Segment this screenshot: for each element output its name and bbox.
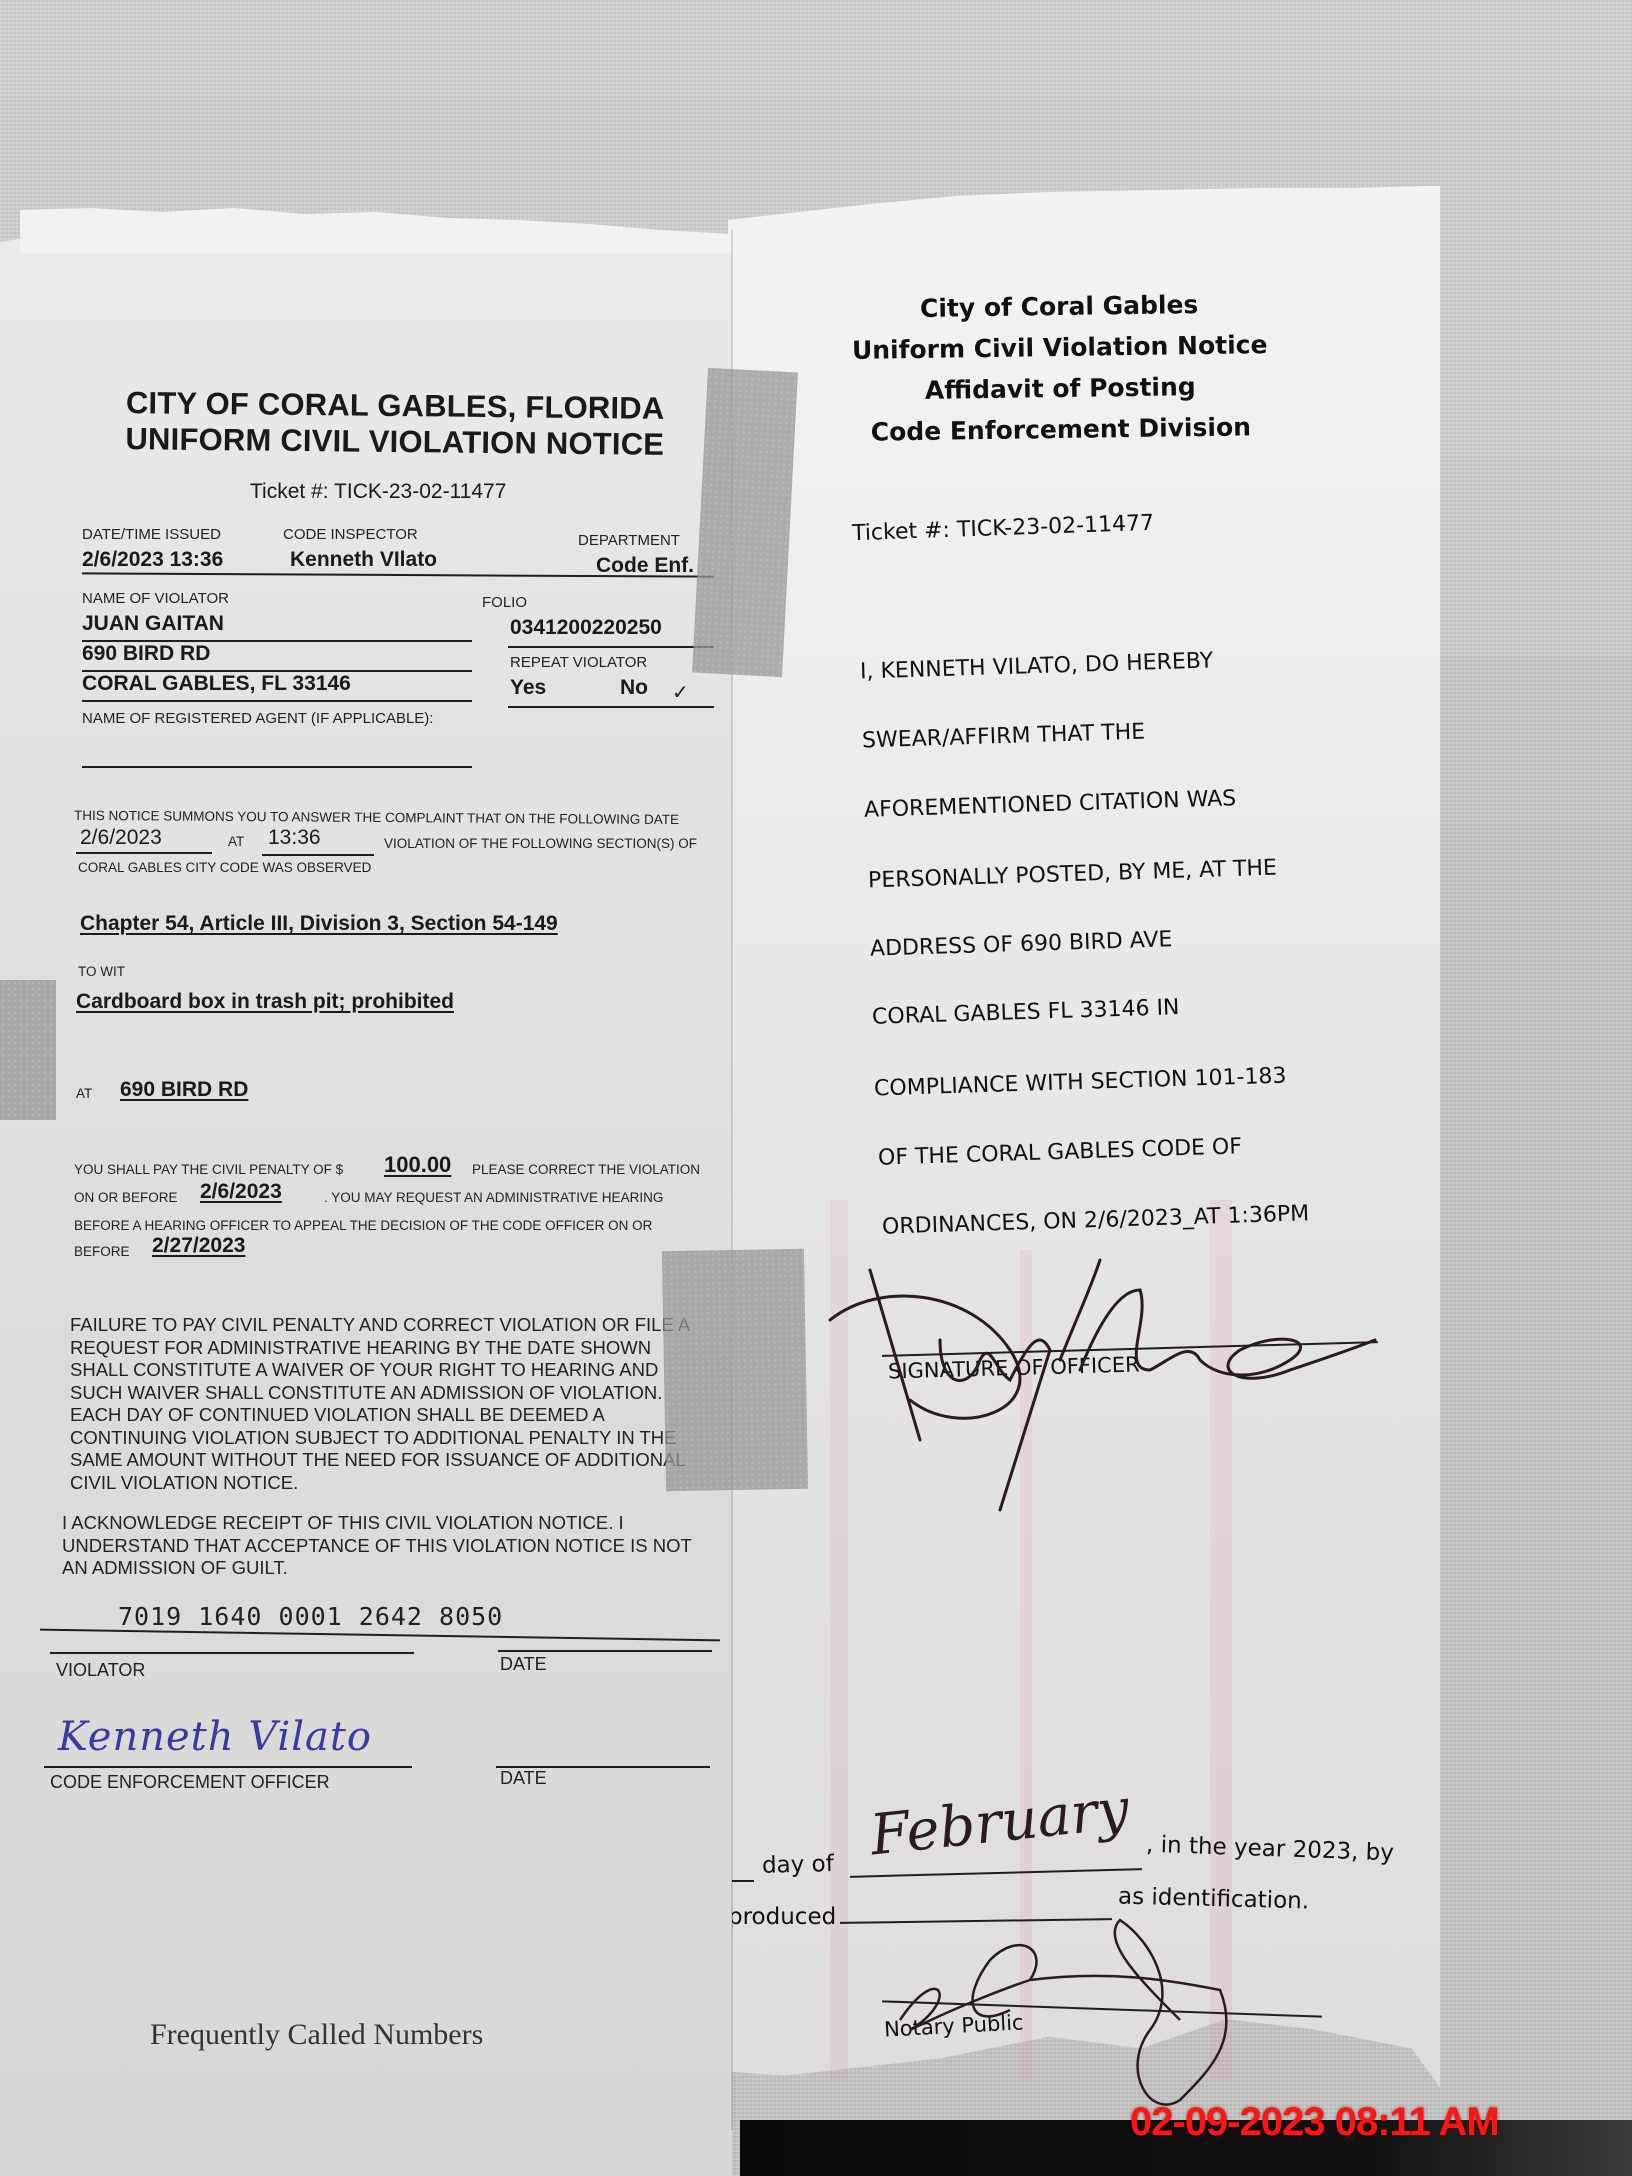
penalty-amount: 100.00: [384, 1152, 451, 1178]
certified-mail-number: 7019 1640 0001 2642 8050: [118, 1602, 503, 1631]
notary-signature-scrawl: [880, 1900, 1340, 2130]
folio-rule: [508, 646, 714, 648]
on-or-before-label: ON OR BEFORE: [74, 1190, 178, 1205]
summons-line3: CORAL GABLES CITY CODE WAS OBSERVED: [78, 860, 371, 875]
summons-date: 2/6/2023: [80, 826, 162, 850]
violator-date-line: [498, 1650, 712, 1652]
tape-top: [692, 368, 798, 677]
check-mark-icon: ✓: [672, 680, 689, 705]
tape-middle: [662, 1249, 808, 1491]
notice-title: CITY OF CORAL GABLES, FLORIDA UNIFORM CI…: [100, 385, 691, 463]
affidavit-heading-line: Code Enforcement Division: [821, 406, 1302, 454]
violator-name-label: NAME OF VIOLATOR: [82, 590, 229, 607]
violator-signature-label: VIOLATOR: [56, 1660, 145, 1681]
frequently-called-numbers-heading: Frequently Called Numbers: [150, 2018, 483, 2052]
hearing-text: . YOU MAY REQUEST AN ADMINISTRATIVE HEAR…: [324, 1190, 663, 1205]
affidavit-heading-line: City of Coral Gables: [819, 283, 1300, 331]
code-inspector-label: CODE INSPECTOR: [283, 526, 418, 543]
tape-left: [0, 980, 56, 1120]
date-time-issued-label: DATE/TIME ISSUED: [82, 526, 221, 543]
folio-label: FOLIO: [482, 594, 527, 611]
officer-handwritten-signature: Kenneth Vilato: [58, 1714, 372, 1760]
location-at-label: AT: [76, 1086, 92, 1101]
folio-value: 0341200220250: [510, 616, 662, 640]
correct-by-date: 2/6/2023: [200, 1180, 282, 1204]
produced-label: produced: [728, 1904, 836, 1930]
affidavit-heading-line: Uniform Civil Violation Notice: [819, 324, 1300, 372]
failure-paragraph: FAILURE TO PAY CIVIL PENALTY AND CORRECT…: [70, 1314, 710, 1494]
appeal-by-date: 2/27/2023: [152, 1234, 245, 1258]
appeal-text: BEFORE A HEARING OFFICER TO APPEAL THE D…: [74, 1218, 652, 1233]
address2-rule: [82, 700, 472, 702]
penalty-suffix: PLEASE CORRECT THE VIOLATION: [472, 1162, 700, 1177]
violation-description: Cardboard box in trash pit; prohibited: [76, 990, 454, 1014]
officer-signature-line: [44, 1766, 412, 1768]
date-time-issued-value: 2/6/2023 13:36: [82, 548, 223, 572]
violation-location: 690 BIRD RD: [120, 1078, 248, 1102]
summons-line2: VIOLATION OF THE FOLLOWING SECTION(S) OF: [384, 836, 697, 851]
to-wit-label: TO WIT: [78, 964, 125, 979]
officer-signature-label: CODE ENFORCEMENT OFFICER: [50, 1772, 330, 1793]
affidavit-heading: City of Coral Gables Uniform Civil Viola…: [819, 283, 1301, 454]
acknowledge-paragraph: I ACKNOWLEDGE RECEIPT OF THIS CIVIL VIOL…: [62, 1512, 708, 1580]
repeat-yes-option[interactable]: Yes: [510, 676, 546, 700]
violator-address2: CORAL GABLES, FL 33146: [82, 672, 351, 696]
affidavit-heading-line: Affidavit of Posting: [820, 365, 1301, 413]
penalty-prefix: YOU SHALL PAY THE CIVIL PENALTY OF $: [74, 1162, 343, 1177]
summons-time-rule: [262, 854, 374, 856]
day-of-label: day of: [762, 1851, 834, 1879]
notice-title-line1: CITY OF CORAL GABLES, FLORIDA: [100, 385, 690, 427]
officer-signature-scrawl: [820, 1250, 1380, 1520]
summons-at-label: AT: [228, 834, 244, 849]
repeat-violator-rule: [508, 706, 714, 708]
summons-time: 13:36: [268, 826, 321, 850]
violator-date-label: DATE: [500, 1654, 547, 1675]
violator-name-value: JUAN GAITAN: [82, 612, 224, 636]
before-label: BEFORE: [74, 1244, 130, 1259]
code-section: Chapter 54, Article III, Division 3, Sec…: [80, 912, 558, 936]
registered-agent-label: NAME OF REGISTERED AGENT (IF APPLICABLE)…: [82, 710, 433, 727]
ticket-number: Ticket #: TICK-23-02-11477: [250, 480, 506, 504]
violator-address1: 690 BIRD RD: [82, 642, 210, 666]
violator-signature-line: [50, 1652, 414, 1654]
department-label: DEPARTMENT: [578, 532, 680, 549]
code-inspector-value: Kenneth VIlato: [290, 548, 437, 572]
summons-date-rule: [76, 852, 212, 854]
photo-timestamp: 02-09-2023 08:11 AM: [1130, 2100, 1499, 2145]
repeat-violator-label: REPEAT VIOLATOR: [510, 654, 647, 671]
officer-date-label: DATE: [500, 1768, 547, 1789]
notice-title-line2: UNIFORM CIVIL VIOLATION NOTICE: [100, 421, 690, 463]
registered-agent-rule: [82, 766, 472, 768]
repeat-no-option[interactable]: No: [620, 676, 648, 700]
